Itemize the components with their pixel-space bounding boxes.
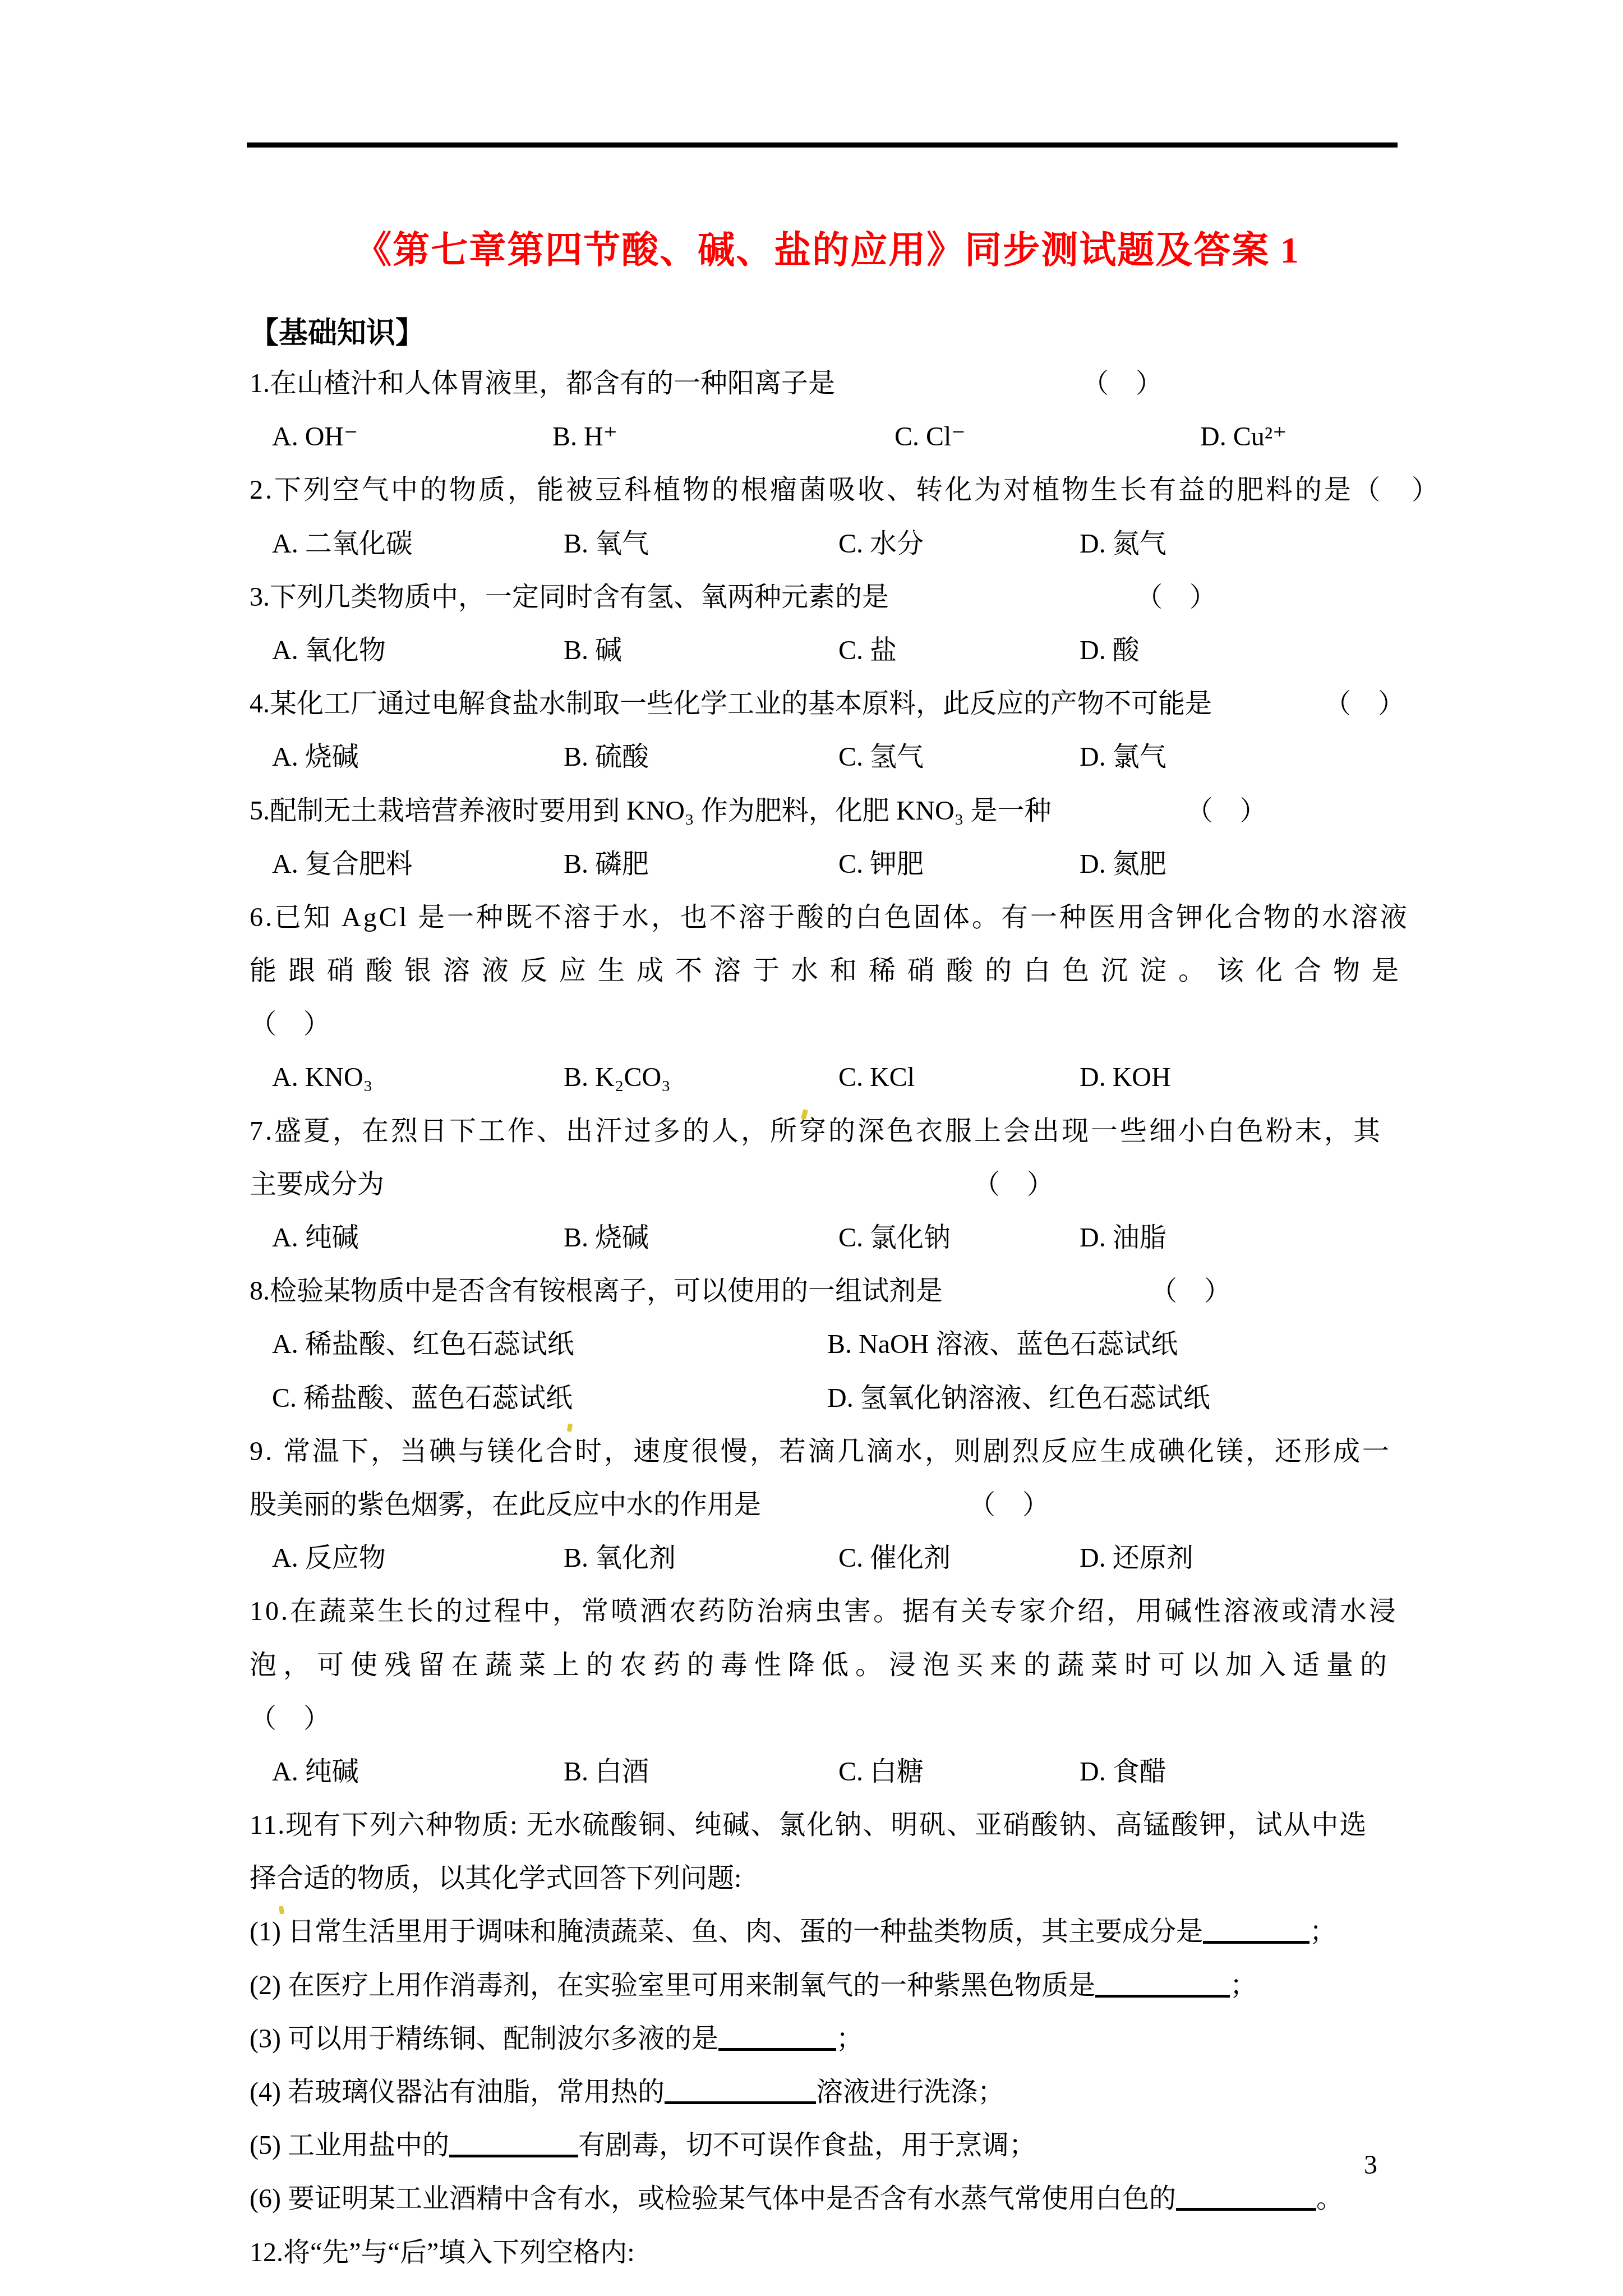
option-c: C. 氯化钠 — [838, 1222, 1080, 1253]
option-d: D. 食醋 — [1080, 1756, 1405, 1787]
question-8: 8.检验某物质中是否含有铵根离子，可以使用的一组试剂是（ ） — [250, 1276, 1405, 1306]
answer-blank — [449, 2130, 578, 2157]
item-3-text: (3) 可以用于精练铜、配制波尔多液的是 — [250, 2024, 718, 2054]
item-5-text: (5) 工业用盐中的 — [250, 2131, 449, 2160]
option-d: D. Cu²⁺ — [1200, 421, 1405, 452]
question-12: 12.将“先”与“后”填入下列空格内: — [250, 2237, 1405, 2268]
option-d: D. 还原剂 — [1080, 1543, 1405, 1573]
option-d: D. 氮气 — [1080, 528, 1405, 559]
question-1-options: A. OH⁻ B. H⁺ C. Cl⁻ D. Cu²⁺ — [250, 421, 1405, 452]
question-3: 3.下列几类物质中，一定同时含有氢、氧两种元素的是（ ） — [250, 582, 1405, 613]
option-a: A. 烧碱 — [272, 742, 564, 772]
option-c: C. 钾肥 — [838, 849, 1080, 880]
question-6-options: A. KNO₃ B. K₂CO₃ C. KCl D. KOH — [250, 1062, 1405, 1093]
question-11-item-6: (6) 要证明某工业酒精中含有水，或检验某气体中是否含有水蒸气常使用白色的。 — [250, 2183, 1405, 2214]
question-8-options-row1: A. 稀盐酸、红色石蕊试纸 B. NaOH 溶液、蓝色石蕊试纸 — [250, 1329, 1405, 1360]
item-2-punct: ； — [1230, 1971, 1257, 2000]
question-3-text: 3.下列几类物质中，一定同时含有氢、氧两种元素的是 — [250, 582, 889, 612]
option-b: B. 磷肥 — [564, 849, 838, 880]
option-a: A. OH⁻ — [272, 421, 552, 452]
option-d: D. 氮肥 — [1080, 849, 1405, 880]
option-b: B. NaOH 溶液、蓝色石蕊试纸 — [827, 1329, 1405, 1360]
question-2: 2.下列空气中的物质，能被豆科植物的根瘤菌吸收、转化为对植物生长有益的肥料的是（… — [250, 475, 1405, 505]
question-6-line1: 6.已知 AgCl 是一种既不溶于水，也不溶于酸的白色固体。有一种医用含钾化合物… — [250, 902, 1405, 933]
answer-parentheses: （ ） — [973, 1170, 1054, 1199]
option-b: B. 烧碱 — [564, 1222, 838, 1253]
option-b: B. 白酒 — [564, 1756, 838, 1787]
option-a: A. 稀盐酸、红色石蕊试纸 — [272, 1329, 827, 1360]
question-5-text: 5.配制无土栽培营养液时要用到 KNO₃ 作为肥料，化肥 KNO₃ 是一种 — [250, 796, 1051, 826]
question-11-line1: 11.现有下列六种物质: 无水硫酸铜、纯碱、氯化钠、明矾、亚硝酸钠、高锰酸钾，试… — [250, 1810, 1405, 1841]
option-c: C. 盐 — [838, 635, 1080, 666]
item-5-tail: 有剧毒，切不可误作食盐，用于烹调； — [578, 2131, 1036, 2160]
question-10-options: A. 纯碱 B. 白酒 C. 白糖 D. 食醋 — [250, 1756, 1405, 1787]
question-10-answer-line: （ ） — [250, 1703, 1405, 1734]
option-b: B. 碱 — [564, 635, 838, 666]
answer-blank — [1176, 2183, 1316, 2211]
question-7-line2: 主要成分为（ ） — [250, 1169, 1405, 1200]
option-b: B. 氧气 — [564, 528, 838, 559]
question-11-item-3: (3) 可以用于精练铜、配制波尔多液的是； — [250, 2023, 1405, 2054]
question-11-line2: 择合适的物质，以其化学式回答下列问题: — [250, 1863, 1405, 1894]
item-2-text: (2) 在医疗上用作消毒剂，在实验室里可用来制氧气的一种紫黑色物质是 — [250, 1971, 1095, 2000]
item-3-punct: ； — [836, 2024, 863, 2054]
item-6-text: (6) 要证明某工业酒精中含有水，或检验某气体中是否含有水蒸气常使用白色的 — [250, 2184, 1176, 2214]
answer-parentheses: （ ） — [1353, 475, 1441, 505]
item-1-punct: ； — [1310, 1917, 1336, 1947]
answer-parentheses: （ ） — [250, 1704, 330, 1733]
option-d: D. 油脂 — [1080, 1222, 1405, 1253]
option-c: C. KCl — [838, 1062, 1080, 1093]
option-c: C. 水分 — [838, 528, 1080, 559]
answer-parentheses: （ ） — [250, 1009, 330, 1039]
question-3-options: A. 氧化物 B. 碱 C. 盐 D. 酸 — [250, 635, 1405, 666]
section-header: 【基础知识】 — [250, 309, 1405, 351]
option-c: C. 催化剂 — [838, 1543, 1080, 1573]
option-a: A. 纯碱 — [272, 1756, 564, 1787]
answer-blank — [1095, 1970, 1230, 1998]
option-a: A. 二氧化碳 — [272, 528, 564, 559]
question-2-options: A. 二氧化碳 B. 氧气 C. 水分 D. 氮气 — [250, 528, 1405, 559]
question-4: 4.某化工厂通过电解食盐水制取一些化学工业的基本原料，此反应的产物不可能是（ ） — [250, 688, 1405, 719]
answer-parentheses: （ ） — [969, 1490, 1049, 1520]
question-6-line2: 能跟硝酸银溶液反应生成不溶于水和稀硝酸的白色沉淀。该化合物是 — [250, 955, 1405, 986]
option-d: D. 酸 — [1080, 635, 1405, 666]
option-a: A. 氧化物 — [272, 635, 564, 666]
option-a: A. KNO₃ — [272, 1062, 564, 1093]
question-11-item-5: (5) 工业用盐中的有剧毒，切不可误作食盐，用于烹调； — [250, 2130, 1405, 2161]
option-b: B. 氧化剂 — [564, 1543, 838, 1573]
question-2-text: 2.下列空气中的物质，能被豆科植物的根瘤菌吸收、转化为对植物生长有益的肥料的是 — [250, 475, 1353, 505]
answer-blank — [1203, 1916, 1310, 1944]
item-4-text: (4) 若玻璃仪器沾有油脂，常用热的 — [250, 2077, 665, 2107]
page-number: 3 — [1364, 2150, 1377, 2180]
option-b: B. 硫酸 — [564, 742, 838, 772]
question-7-options: A. 纯碱 B. 烧碱 C. 氯化钠 D. 油脂 — [250, 1222, 1405, 1253]
item-4-tail: 溶液进行洗涤； — [816, 2077, 1004, 2107]
question-4-options: A. 烧碱 B. 硫酸 C. 氢气 D. 氯气 — [250, 742, 1405, 772]
question-10-line1: 10.在蔬菜生长的过程中，常喷洒农药防治病虫害。据有关专家介绍，用碱性溶液或清水… — [250, 1596, 1405, 1627]
item-1-text: (1) 日常生活里用于调味和腌渍蔬菜、鱼、肉、蛋的一种盐类物质，其主要成分是 — [250, 1917, 1203, 1947]
option-a: A. 纯碱 — [272, 1222, 564, 1253]
question-9-line2-text: 股美丽的紫色烟雾，在此反应中水的作用是 — [250, 1490, 761, 1520]
option-c: C. Cl⁻ — [895, 421, 1200, 452]
option-d: D. 氢氧化钠溶液、红色石蕊试纸 — [827, 1383, 1405, 1414]
option-a: A. 反应物 — [272, 1543, 564, 1573]
option-c: C. 稀盐酸、蓝色石蕊试纸 — [272, 1383, 827, 1414]
option-b: B. K₂CO₃ — [564, 1062, 838, 1093]
answer-blank — [665, 2077, 816, 2104]
question-11-item-2: (2) 在医疗上用作消毒剂，在实验室里可用来制氧气的一种紫黑色物质是； — [250, 1970, 1405, 2001]
question-4-text: 4.某化工厂通过电解食盐水制取一些化学工业的基本原料，此反应的产物不可能是 — [250, 689, 1212, 719]
question-11-item-1: (1) 日常生活里用于调味和腌渍蔬菜、鱼、肉、蛋的一种盐类物质，其主要成分是； — [250, 1916, 1405, 1947]
answer-parentheses: （ ） — [1150, 1276, 1231, 1306]
question-11-item-4: (4) 若玻璃仪器沾有油脂，常用热的溶液进行洗涤； — [250, 2077, 1405, 2108]
header-rule — [247, 142, 1398, 148]
question-10-line2: 泡，可使残留在蔬菜上的农药的毒性降低。浸泡买来的蔬菜时可以加入适量的 — [250, 1650, 1405, 1681]
item-6-punct: 。 — [1316, 2184, 1343, 2214]
question-7-line1: 7.盛夏，在烈日下工作、出汗过多的人，所穿的深色衣服上会出现一些细小白色粉末，其 — [250, 1116, 1405, 1147]
question-9-line1: 9. 常温下，当碘与镁化合时，速度很慢，若滴几滴水，则剧烈反应生成碘化镁，还形成… — [250, 1436, 1405, 1467]
question-8-text: 8.检验某物质中是否含有铵根离子，可以使用的一组试剂是 — [250, 1276, 943, 1306]
question-5-options: A. 复合肥料 B. 磷肥 C. 钾肥 D. 氮肥 — [250, 849, 1405, 880]
question-1: 1.在山楂汁和人体胃液里，都含有的一种阳离子是（ ） — [250, 368, 1405, 399]
page-title: 《第七章第四节酸、碱、盐的应用》同步测试题及答案 1 — [250, 220, 1405, 273]
question-5: 5.配制无土栽培营养液时要用到 KNO₃ 作为肥料，化肥 KNO₃ 是一种（ ） — [250, 795, 1405, 826]
answer-parentheses: （ ） — [1082, 369, 1163, 398]
question-9-line2: 股美丽的紫色烟雾，在此反应中水的作用是（ ） — [250, 1489, 1405, 1520]
answer-parentheses: （ ） — [1324, 689, 1405, 719]
answer-blank — [718, 2023, 836, 2051]
question-7-line2-text: 主要成分为 — [250, 1170, 384, 1199]
option-d: D. KOH — [1080, 1062, 1405, 1093]
option-a: A. 复合肥料 — [272, 849, 564, 880]
question-1-text: 1.在山楂汁和人体胃液里，都含有的一种阳离子是 — [250, 369, 835, 398]
option-c: C. 氢气 — [838, 742, 1080, 772]
page-content: 《第七章第四节酸、碱、盐的应用》同步测试题及答案 1 【基础知识】 1.在山楂汁… — [250, 220, 1405, 2290]
option-b: B. H⁺ — [552, 421, 895, 452]
option-c: C. 白糖 — [838, 1756, 1080, 1787]
answer-parentheses: （ ） — [1136, 582, 1216, 612]
answer-parentheses: （ ） — [1186, 796, 1266, 826]
question-6-answer-line: （ ） — [250, 1009, 1405, 1039]
worksheet-page: 《第七章第四节酸、碱、盐的应用》同步测试题及答案 1 【基础知识】 1.在山楂汁… — [0, 0, 1623, 2296]
option-d: D. 氯气 — [1080, 742, 1405, 772]
question-9-options: A. 反应物 B. 氧化剂 C. 催化剂 D. 还原剂 — [250, 1543, 1405, 1573]
question-8-options-row2: C. 稀盐酸、蓝色石蕊试纸 D. 氢氧化钠溶液、红色石蕊试纸 — [250, 1383, 1405, 1414]
